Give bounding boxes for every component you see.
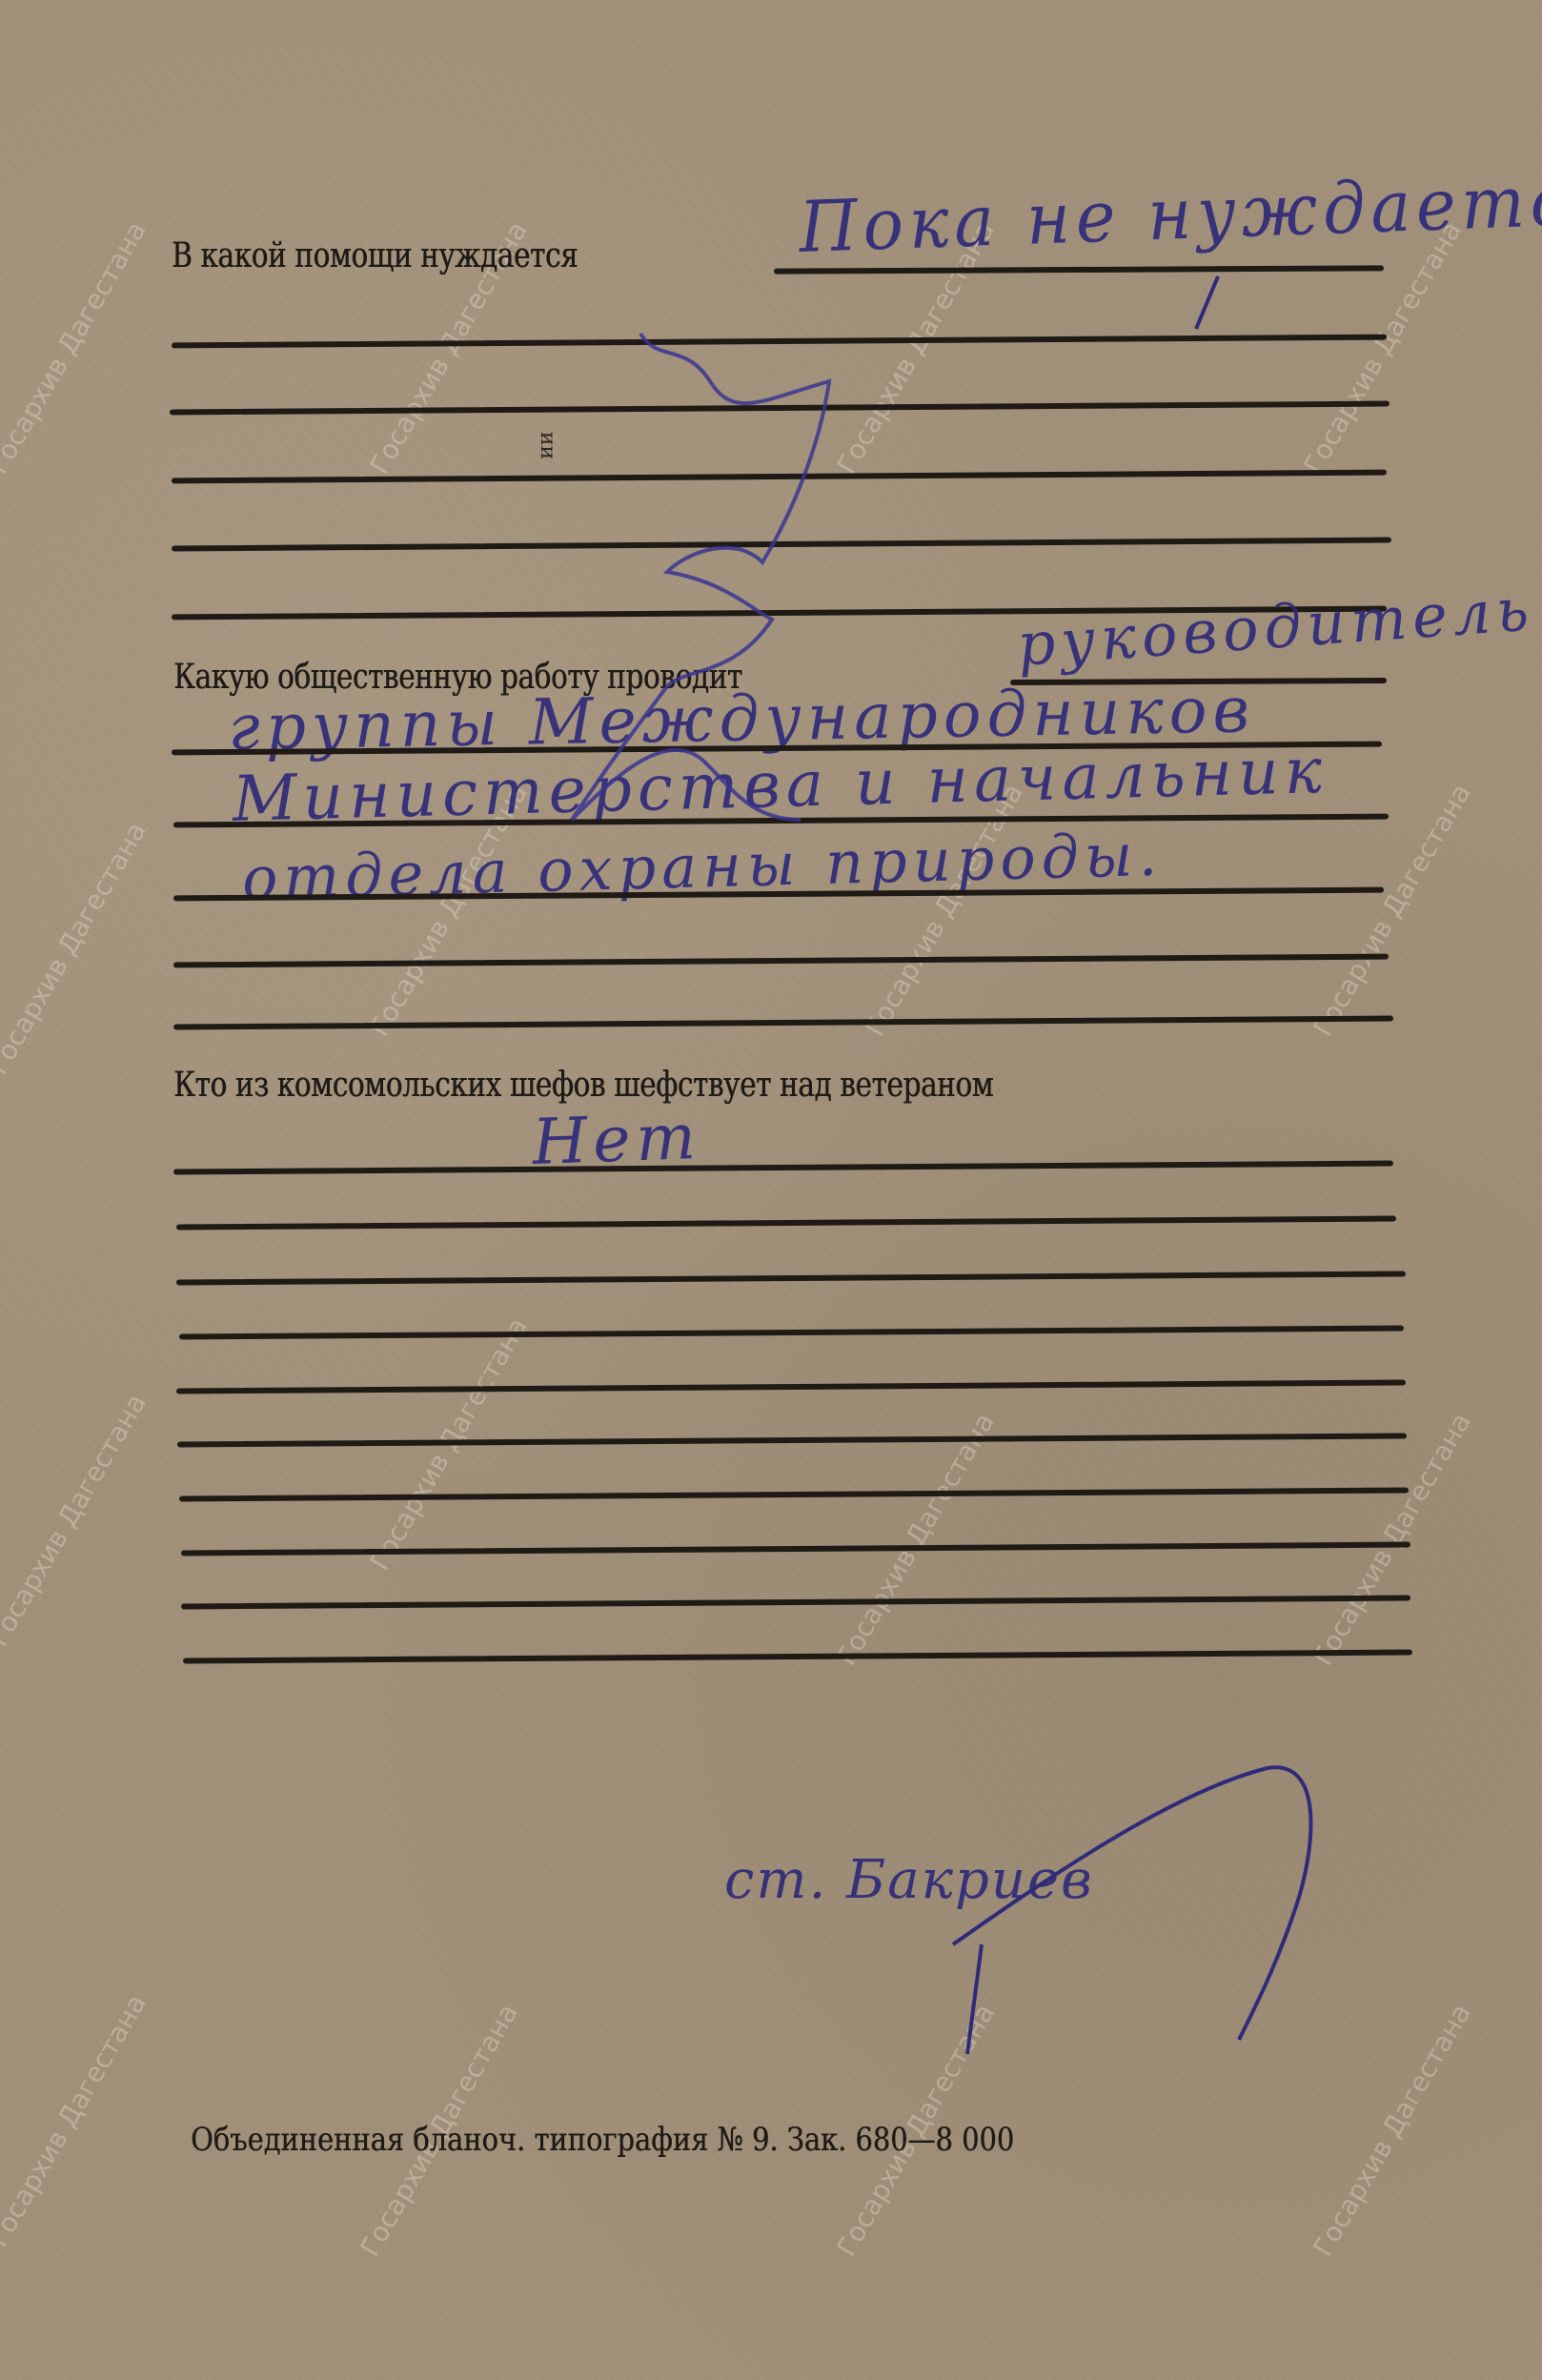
question-komsomol-patrons: Кто из комсомольских шефов шефствует над… (173, 1066, 993, 1105)
printer-imprint: Объединенная бланоч. типография № 9. Зак… (191, 2121, 1014, 2159)
watermark: Госархив Дагестана (0, 216, 152, 479)
form-line (172, 470, 1387, 484)
form-line (173, 1161, 1393, 1175)
form-line (170, 401, 1390, 416)
watermark: Госархив Дагестана (830, 1408, 1001, 1671)
form-line (183, 1649, 1412, 1663)
document-page: Госархив Дагестана Госархив Дагестана Го… (0, 0, 1542, 2380)
form-line (179, 1487, 1409, 1501)
form-line (179, 1326, 1404, 1340)
form-line (181, 1541, 1410, 1556)
answer-descender-icon (1196, 276, 1218, 329)
margin-mark: ии (536, 432, 559, 459)
form-line (181, 1595, 1410, 1609)
form-line (176, 1379, 1406, 1393)
form-line (176, 1216, 1396, 1231)
form-line (173, 954, 1389, 968)
form-line (173, 1016, 1393, 1030)
watermark: Госархив Дагестана (1307, 1408, 1477, 1671)
watermark: Госархив Дагестана (1307, 1999, 1477, 2262)
watermark: Госархив Дагестана (1297, 216, 1468, 479)
watermark: Госархив Дагестана (0, 1989, 152, 2252)
ink-strokes (0, 0, 1542, 2380)
form-line (177, 1433, 1407, 1447)
question-help-needed: В какой помощи нуждается (172, 236, 578, 275)
signature: ст. Бакриев (724, 1849, 1094, 1911)
handwritten-answer-work-line-1: руководитель (1015, 574, 1536, 680)
watermark: Госархив Дагестана (0, 817, 152, 1080)
watermark: Госархив Дагестана (0, 1389, 152, 1652)
form-line (172, 538, 1391, 552)
answer-line (774, 265, 1384, 274)
form-line (176, 1271, 1406, 1285)
form-line (172, 335, 1387, 349)
